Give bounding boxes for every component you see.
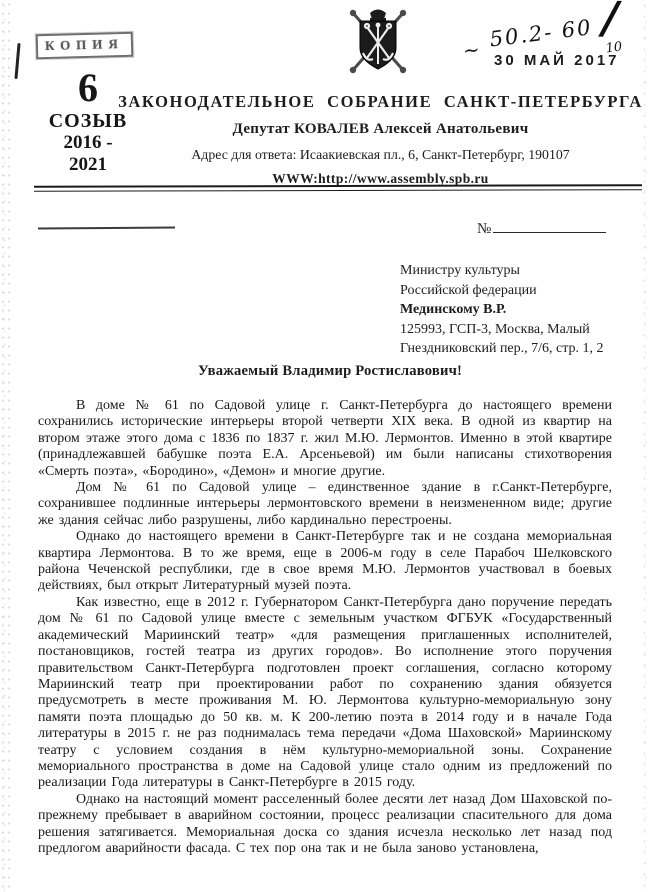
salutation: Уважаемый Владимир Ростиславович! xyxy=(0,363,650,380)
recipient-name: Мединскому В.Р. xyxy=(400,300,604,320)
spb-coat-of-arms-icon xyxy=(340,6,416,83)
scanned-letter-page: КОПИЯ 6 СОЗЫВ 2016 - 2021 xyxy=(0,0,650,892)
recipient-address-line: Гнездниковский пер., 7/6, стр. 1, 2 xyxy=(400,339,604,359)
letterhead: ЗАКОНОДАТЕЛЬНОЕ СОБРАНИЕ САНКТ-ПЕТЕРБУРГ… xyxy=(118,92,643,187)
reference-number-field: № xyxy=(477,218,606,238)
letter-body: В доме № 61 по Садовой улице г. Санкт-Пе… xyxy=(38,398,612,857)
body-paragraph-5: Однако на настоящий момент расселенный б… xyxy=(38,792,612,858)
recipient-line: Министру культуры xyxy=(400,261,604,281)
date-blank-line xyxy=(38,227,175,230)
recipient-line: Российской федерации xyxy=(400,281,604,301)
number-label: № xyxy=(477,221,491,237)
body-paragraph-4: Как известно, еще в 2012 г. Губернатором… xyxy=(38,595,612,792)
handwritten-reg-number: ~ 50.2- 60 / 10 xyxy=(451,0,650,98)
deputy-name: Депутат КОВАЛЕВ Алексей Анатольевич xyxy=(118,121,643,138)
reply-address: Адрес для ответа: Исаакиевская пл., 6, С… xyxy=(118,147,643,163)
date-stamp: 30 МАЙ 2017 xyxy=(494,52,620,69)
body-paragraph-1: В доме № 61 по Садовой улице г. Санкт-Пе… xyxy=(38,398,612,480)
handwritten-number-value: 50.2- 60 xyxy=(488,15,593,51)
body-paragraph-2: Дом № 61 по Садовой улице – единственное… xyxy=(38,480,612,529)
scan-noise-left xyxy=(0,0,13,892)
body-paragraph-3: Однако до настоящего времени в Санкт-Пет… xyxy=(38,529,612,595)
letterhead-divider xyxy=(34,184,642,192)
copy-stamp: КОПИЯ xyxy=(36,32,133,60)
number-blank-line xyxy=(493,218,606,233)
pen-mark xyxy=(14,43,20,79)
handwritten-fraction-slash: / xyxy=(602,0,619,44)
recipient-block: Министру культуры Российской федерации М… xyxy=(400,261,604,359)
handwritten-number-sign: ~ xyxy=(461,37,481,63)
organization-name: ЗАКОНОДАТЕЛЬНОЕ СОБРАНИЕ САНКТ-ПЕТЕРБУРГ… xyxy=(118,92,643,111)
recipient-address-line: 125993, ГСП-3, Москва, Малый xyxy=(400,320,604,340)
